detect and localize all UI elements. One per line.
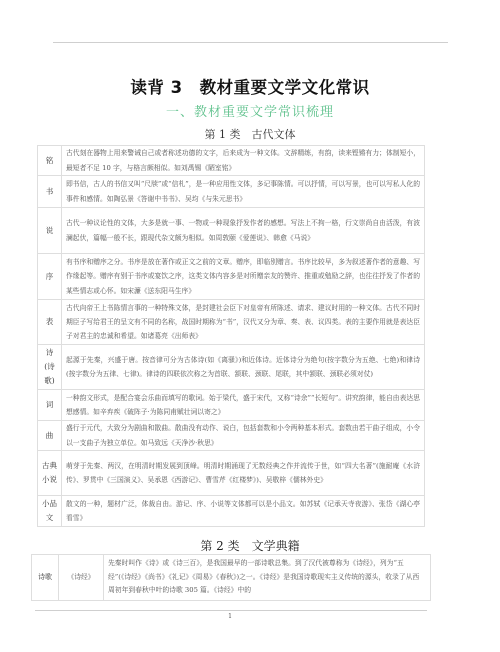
genre-description: 散文的一种，题材广泛，体裁自由。游记、序、小说等文体都可以是小品文。如苏轼《记承… [62,496,425,527]
header-rule [53,42,448,43]
literary-classics-table: 诗歌 《诗经》 先秦时叫作《诗》或《诗三百》，是我国最早的一部诗歌总集。到了汉代… [31,554,431,601]
genre-description: 起源于先秦，兴盛于唐。按音律可分为古体诗(如《离骚》)和近体诗。近体诗分为绝句(… [62,345,425,390]
table-row: 古典小说 萌芽于先秦、两汉，在明清时期发展到顶峰。明清时期涌现了无数经典之作并流… [38,451,425,496]
genre-description: 盛行于元代，大致分为剧曲和散曲。散曲没有动作、说白，包括套数和小令两种基本形式。… [62,421,425,451]
genre-name: 序 [38,254,62,300]
genre-name: 小品文 [38,496,62,527]
section-heading-ancient-genres: 第 1 类 古代文体 [0,126,500,142]
table-row: 表 古代向帝王上书陈情言事的一种特殊文体，是封建社会臣下对皇帝有所陈述、请求、建… [38,300,425,345]
table-row: 序 有书序和赠序之分。书序是放在著作或正文之前的文章。赠序，即临别赠言。书序比较… [38,254,425,300]
genre-name: 书 [38,176,62,208]
section-heading-literary-classics: 第 2 类 文学典籍 [0,537,500,554]
classic-category: 诗歌 [32,555,59,601]
genre-description: 即书信，古人的书信又叫“尺牍”或“信札”，是一种应用性文体，多记事陈情。可以抒情… [62,176,425,208]
table-row: 曲 盛行于元代，大致分为剧曲和散曲。散曲没有动作、说白，包括套数和小令两种基本形… [38,421,425,451]
classic-title: 《诗经》 [59,555,104,601]
genre-name: 说 [38,208,62,254]
ancient-genres-table: 铭 古代刻在器物上用来警诫自己或者称述功德的文字，后来成为一种文体。文辞精练，有… [37,145,425,527]
genre-description: 有书序和赠序之分。书序是放在著作或正文之前的文章。赠序，即临别赠言。书序比较早，… [62,254,425,300]
table-row: 铭 古代刻在器物上用来警诫自己或者称述功德的文字，后来成为一种文体。文辞精练，有… [38,146,425,176]
genre-description: 古代一种议论性的文体，大多是就一事、一物或一种现象抒发作者的感想。写法上不拘一格… [62,208,425,254]
page-number: 1 [0,613,460,620]
genre-description: 一种韵文形式，是配合宴会乐曲而填写的歌词。始于梁代，盛于宋代，又称“诗余”“长短… [62,390,425,421]
page-title: 读背 3 教材重要文学文化常识 [0,74,500,98]
classic-description: 先秦时叫作《诗》或《诗三百》，是我国最早的一部诗歌总集。到了汉代被尊称为《诗经》… [104,555,431,601]
genre-name: 词 [38,390,62,421]
table-row: 书 即书信，古人的书信又叫“尺牍”或“信札”，是一种应用性文体，多记事陈情。可以… [38,176,425,208]
table-row: 诗歌 《诗经》 先秦时叫作《诗》或《诗三百》，是我国最早的一部诗歌总集。到了汉代… [32,555,431,601]
genre-name: 曲 [38,421,62,451]
genre-name: 表 [38,300,62,345]
genre-name: 诗(诗歌) [38,345,62,390]
footer-rule [35,610,427,611]
table-row: 诗(诗歌) 起源于先秦，兴盛于唐。按音律可分为古体诗(如《离骚》)和近体诗。近体… [38,345,425,390]
genre-name: 铭 [38,146,62,176]
genre-name: 古典小说 [38,451,62,496]
section-subtitle: 一、教材重要文学常识梳理 [0,101,500,120]
table-row: 小品文 散文的一种，题材广泛，体裁自由。游记、序、小说等文体都可以是小品文。如苏… [38,496,425,527]
table-row: 词 一种韵文形式，是配合宴会乐曲而填写的歌词。始于梁代，盛于宋代，又称“诗余”“… [38,390,425,421]
genre-description: 古代刻在器物上用来警诫自己或者称述功德的文字，后来成为一种文体。文辞精练，有韵，… [62,146,425,176]
genre-description: 萌芽于先秦、两汉，在明清时期发展到顶峰。明清时期涌现了无数经典之作并流传于世，如… [62,451,425,496]
genre-description: 古代向帝王上书陈情言事的一种特殊文体，是封建社会臣下对皇帝有所陈述、请求、建议时… [62,300,425,345]
table-row: 说 古代一种议论性的文体，大多是就一事、一物或一种现象抒发作者的感想。写法上不拘… [38,208,425,254]
